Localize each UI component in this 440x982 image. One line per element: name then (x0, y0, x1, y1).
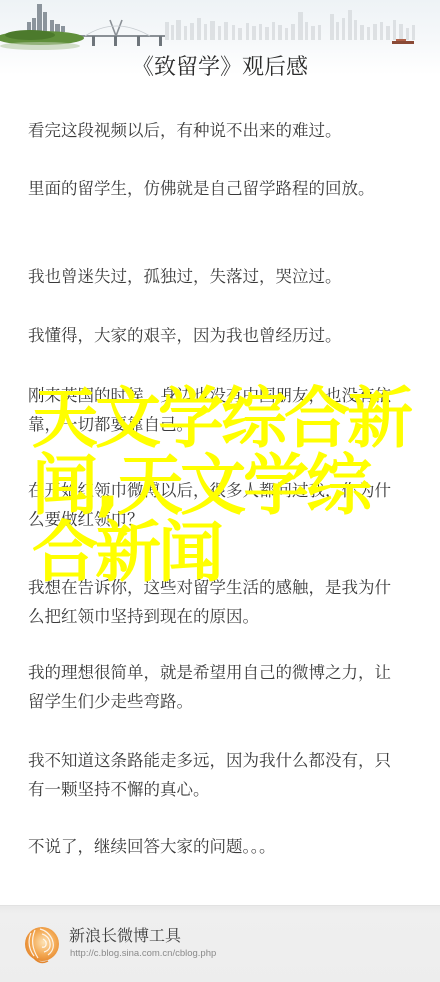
footer: 新浪长微博工具 http://c.blog.sina.com.cn/cblog.… (0, 905, 440, 982)
paragraph: 在开始红领巾微博以后，很多人都问过我，你为什么要做红领巾？ (28, 476, 398, 534)
paragraph: 刚来英国的时候，身边也没有中国朋友，也没有依靠，一切都要靠自己。 (28, 381, 398, 439)
paragraph: 里面的留学生，仿佛就是自己留学路程的回放。 (28, 174, 398, 203)
page-title: 《致留学》观后感 (0, 50, 440, 81)
paragraph: 我不知道这条路能走多远，因为我什么都没有，只有一颗坚持不懈的真心。 (28, 746, 398, 804)
paragraph: 不说了，继续回答大家的问题。。。 (28, 832, 398, 861)
paragraph: 我也曾迷失过，孤独过，失落过，哭泣过。 (28, 262, 398, 291)
header-banner: 《致留学》观后感 (0, 0, 440, 100)
footer-url-link[interactable]: http://c.blog.sina.com.cn/cblog.php (70, 948, 216, 959)
city-skyline-icon (0, 0, 440, 55)
footer-tool-name: 新浪长微博工具 (69, 923, 181, 946)
paragraph: 我想在告诉你，这些对留学生活的感触，是我为什么把红领巾坚持到现在的原因。 (28, 573, 398, 631)
sina-yarn-logo-icon (22, 925, 60, 965)
paragraph: 我懂得，大家的艰辛，因为我也曾经历过。 (28, 321, 398, 350)
paragraph: 看完这段视频以后，有种说不出来的难过。 (28, 116, 398, 145)
paragraph: 我的理想很简单，就是希望用自己的微博之力，让留学生们少走些弯路。 (28, 658, 398, 716)
